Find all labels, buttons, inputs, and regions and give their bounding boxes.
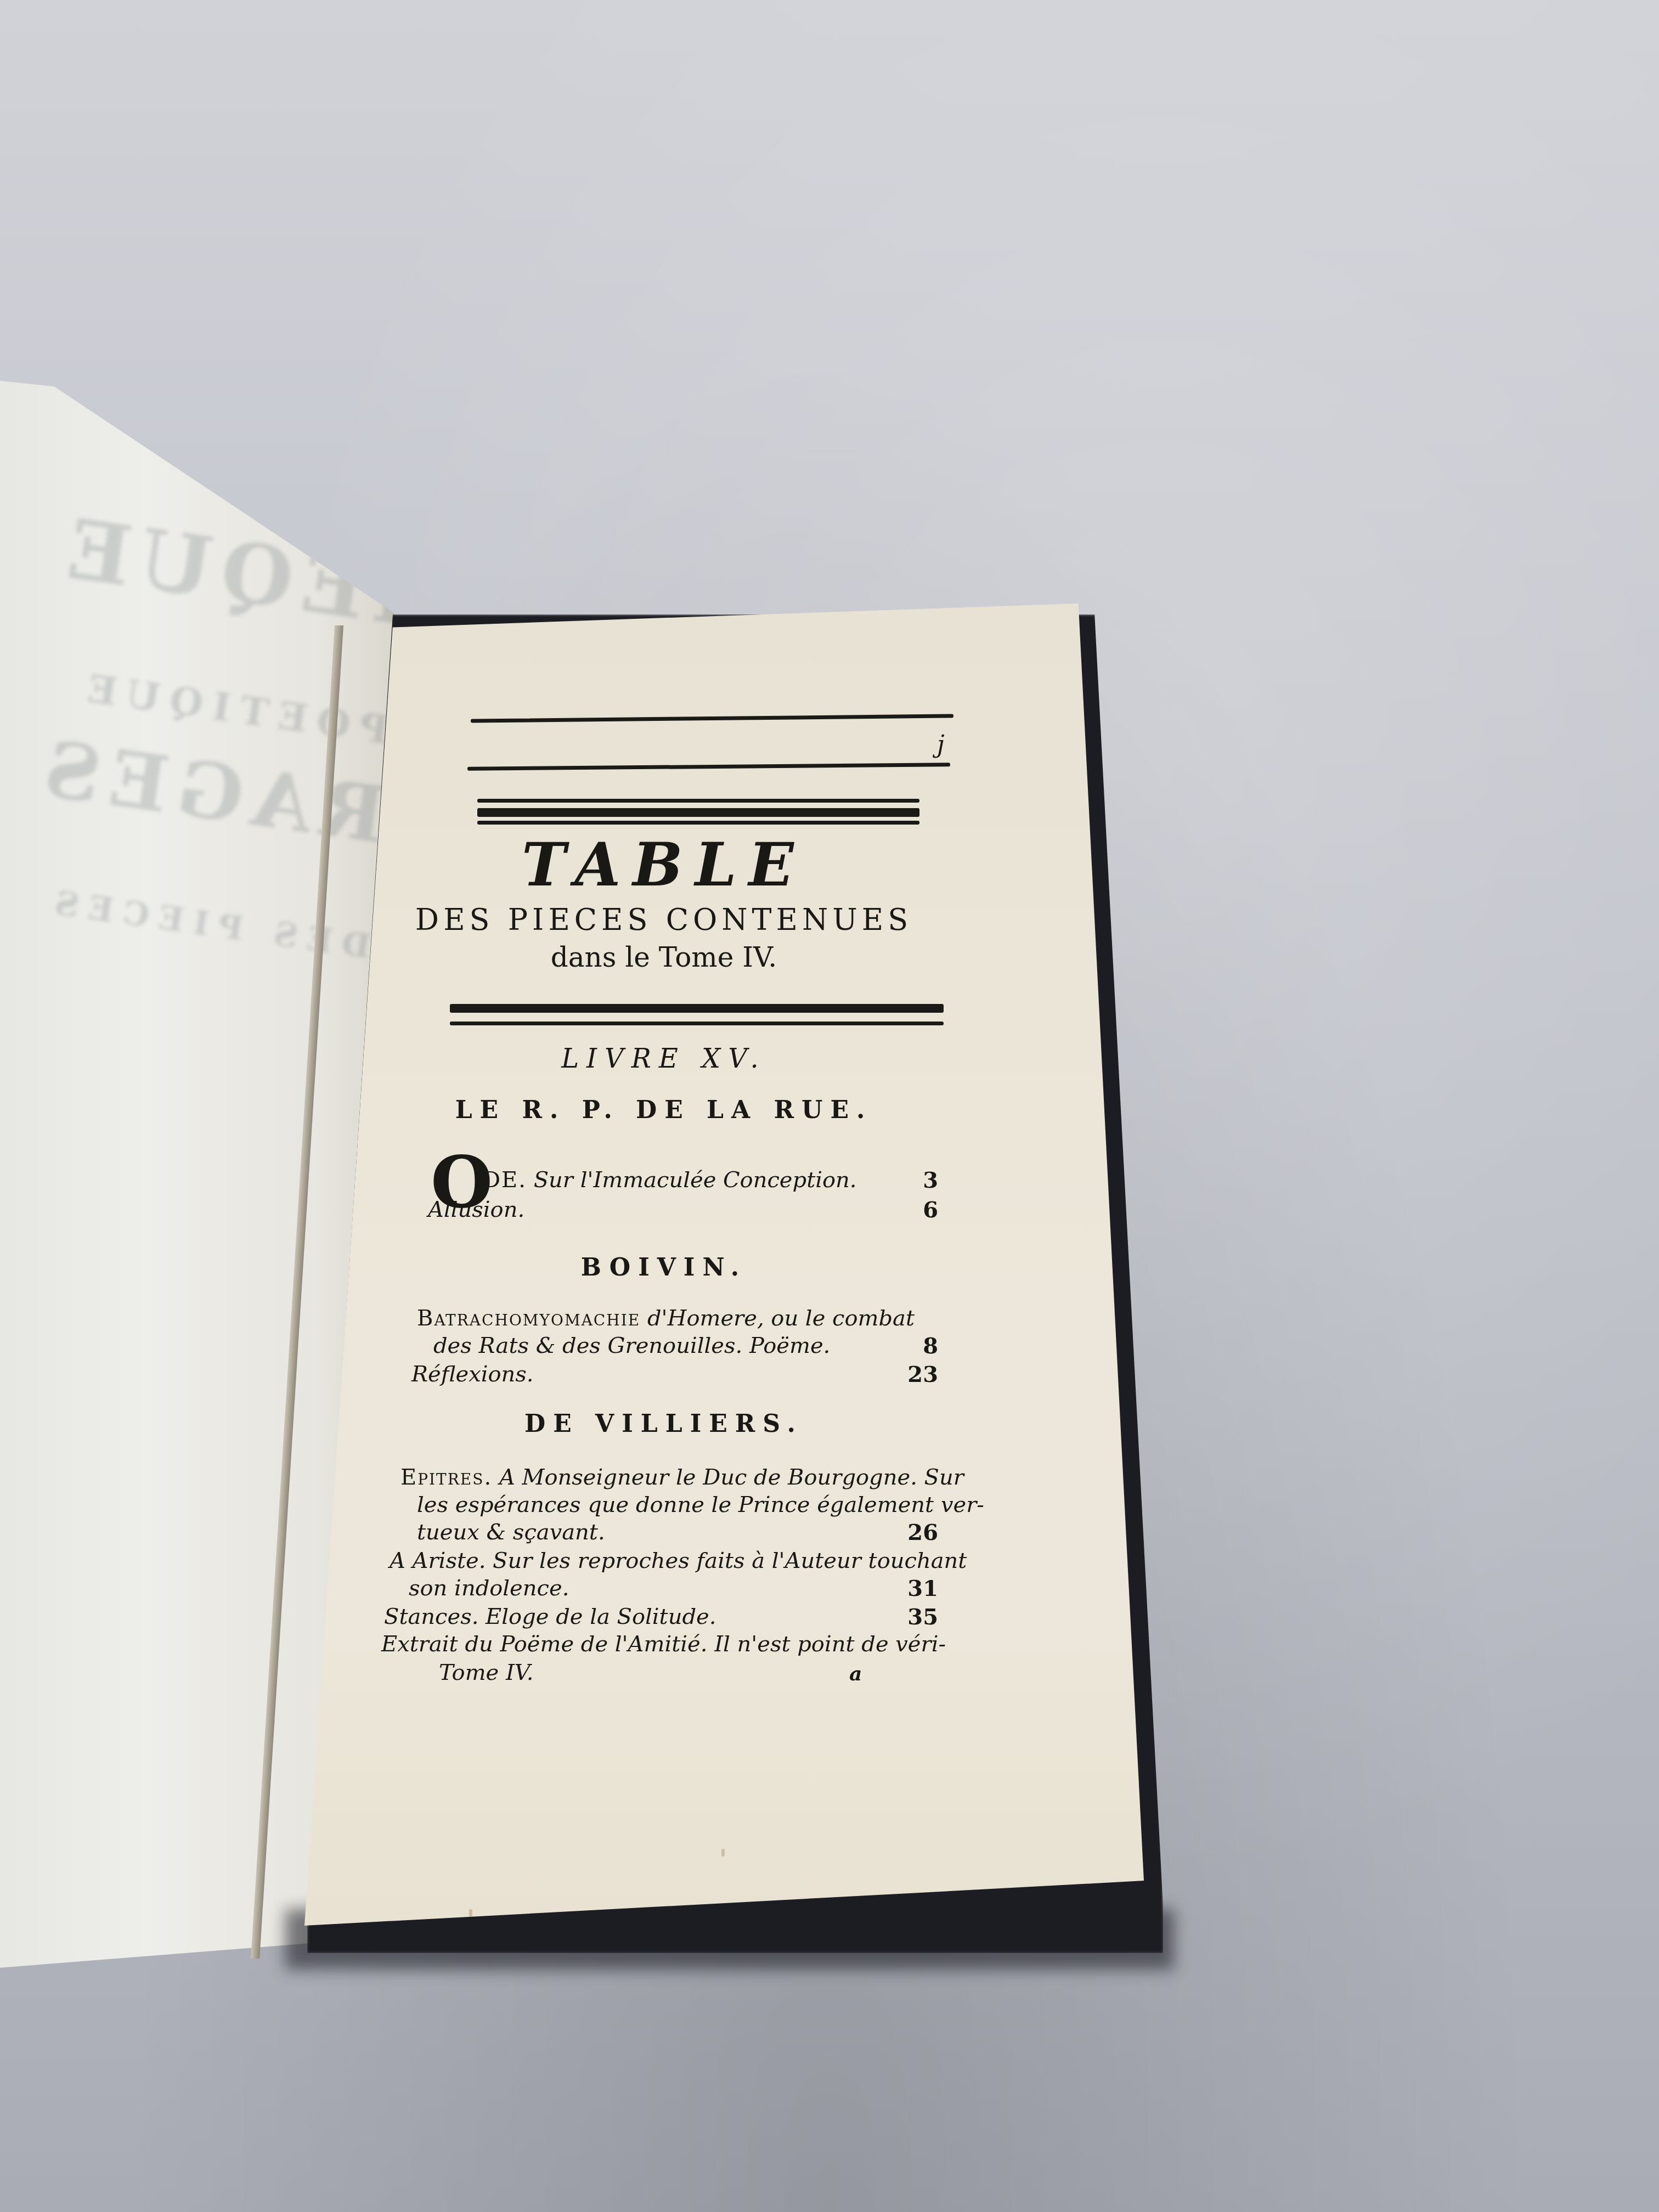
toc-entry-continuation: son indolence. 31 bbox=[409, 1576, 944, 1601]
entry-page-number: 6 bbox=[923, 1197, 938, 1223]
entry-title: Sur l'Immaculée Conception. bbox=[534, 1167, 857, 1193]
entry-title: A Monseigneur le Duc de Bourgogne. Sur bbox=[499, 1465, 964, 1490]
entry-page-number: 8 bbox=[923, 1333, 938, 1359]
toc-entry: Batrachomyomachie d'Homere, ou le combat bbox=[417, 1306, 944, 1331]
page-subtitle: DES PIECES CONTENUES bbox=[379, 902, 949, 937]
entry-page-number: 26 bbox=[907, 1520, 938, 1545]
entry-lead: Batrachomyomachie bbox=[417, 1306, 640, 1331]
entry-page-number: 31 bbox=[907, 1576, 938, 1601]
author-heading: BOIVIN. bbox=[379, 1254, 949, 1282]
author-heading: DE VILLIERS. bbox=[379, 1410, 949, 1438]
author-heading: LE R. P. DE LA RUE. bbox=[379, 1096, 949, 1124]
entry-title: Extrait du Poëme de l'Amitié. Il n'est p… bbox=[381, 1632, 946, 1657]
page-title: TABLE bbox=[379, 831, 949, 900]
volume-footer: Tome IV. bbox=[439, 1660, 533, 1685]
gathering-signature: a bbox=[849, 1662, 862, 1685]
toc-entry: Extrait du Poëme de l'Amitié. Il n'est p… bbox=[381, 1632, 946, 1657]
foxing-spot bbox=[721, 1849, 725, 1857]
entry-title: A Ariste. Sur les reproches faits à l'Au… bbox=[390, 1548, 967, 1573]
entry-title: les espérances que donne le Prince égale… bbox=[417, 1492, 984, 1517]
entry-page-number: 23 bbox=[907, 1362, 938, 1387]
entry-page-number: 35 bbox=[907, 1604, 938, 1630]
entry-title: Stances. Eloge de la Solitude. bbox=[384, 1604, 716, 1629]
ornament-rule-3 bbox=[477, 821, 919, 825]
entry-title: d'Homere, ou le combat bbox=[647, 1306, 915, 1331]
page-signature: j bbox=[937, 731, 945, 759]
entry-title: tueux & sçavant. bbox=[417, 1520, 605, 1545]
toc-entry: Stances. Eloge de la Solitude. 35 bbox=[384, 1604, 944, 1629]
toc-entry-continuation: tueux & sçavant. 26 bbox=[417, 1520, 944, 1545]
entry-page-number: 3 bbox=[923, 1167, 938, 1193]
photo-scene: BIBLIOTHEQUE POETIQUE OUVRAGES DES PIECE… bbox=[0, 0, 1659, 2212]
book-heading: LIVRE XV. bbox=[379, 1043, 949, 1074]
toc-entry: Epitres. A Monseigneur le Duc de Bourgog… bbox=[400, 1465, 944, 1490]
divider-rule-thin bbox=[450, 1022, 944, 1025]
ornament-rule-1 bbox=[477, 799, 919, 803]
toc-entry: A Ariste. Sur les reproches faits à l'Au… bbox=[390, 1548, 944, 1573]
toc-entry-continuation: les espérances que donne le Prince égale… bbox=[417, 1492, 944, 1517]
ornament-rule-2 bbox=[477, 808, 919, 817]
page-subtitle-volume: dans le Tome IV. bbox=[379, 941, 949, 973]
toc-entry: DE. Sur l'Immaculée Conception. 3 bbox=[483, 1167, 944, 1193]
entry-title: son indolence. bbox=[409, 1576, 569, 1601]
divider-rule-thick bbox=[450, 1004, 944, 1013]
entry-title: Allusion. bbox=[428, 1197, 524, 1222]
toc-entry-continuation: des Rats & des Grenouilles. Poëme. 8 bbox=[433, 1333, 944, 1358]
entry-title: des Rats & des Grenouilles. Poëme. bbox=[433, 1333, 830, 1358]
toc-entry: Allusion. 6 bbox=[428, 1197, 944, 1222]
entry-title: Réflexions. bbox=[411, 1362, 534, 1387]
toc-entry: Réflexions. 23 bbox=[411, 1362, 944, 1387]
entry-lead: Epitres. bbox=[400, 1465, 492, 1490]
foxing-spot bbox=[469, 1909, 472, 1917]
entry-lead: DE. bbox=[483, 1167, 527, 1193]
